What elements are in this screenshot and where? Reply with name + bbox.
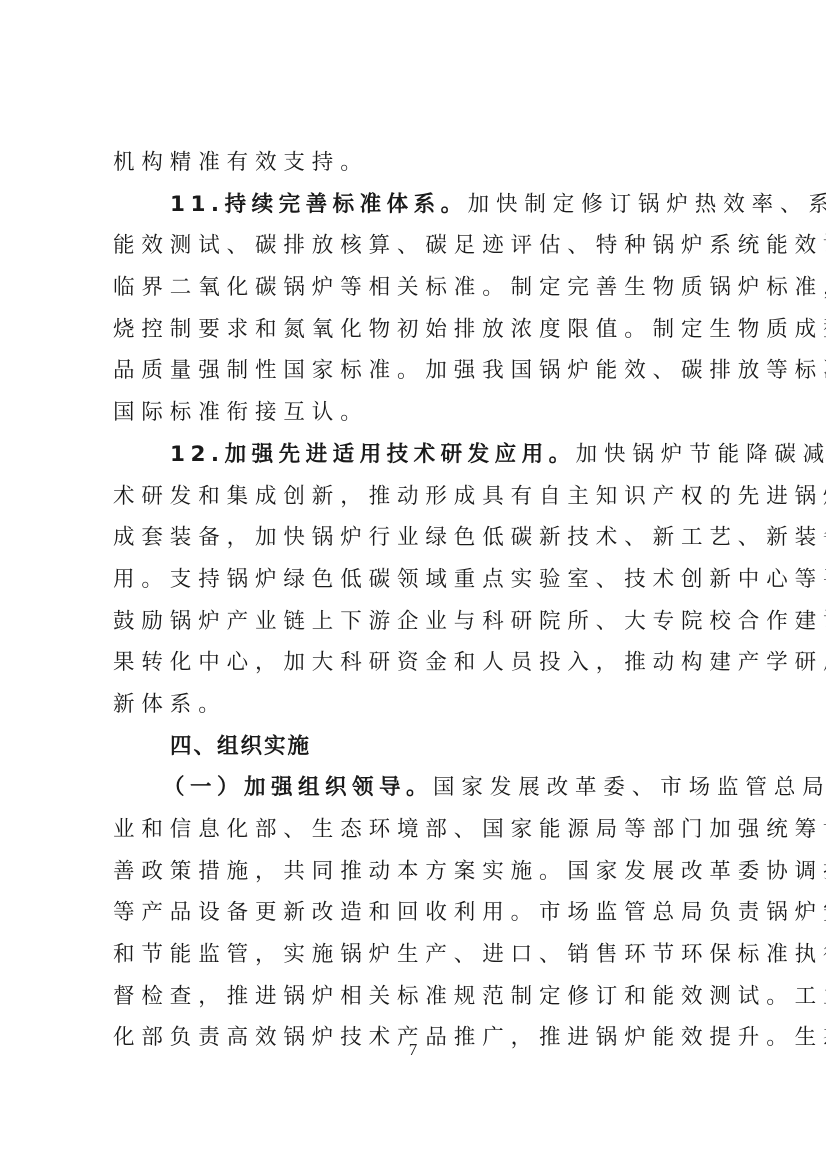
line-text: 等产品设备更新改造和回收利用。市场监管总局负责锅炉安全监察 <box>113 900 826 925</box>
paragraph-line: 11.持续完善标准体系。加快制定修订锅炉热效率、系统能效、 <box>113 184 713 226</box>
paragraph-line: 果转化中心，加大科研资金和人员投入，推动构建产学研用协同创 <box>113 642 713 684</box>
line-text: 业和信息化部、生态环境部、国家能源局等部门加强统筹协调，完 <box>113 817 826 842</box>
line-text: 临界二氧化碳锅炉等相关标准。制定完善生物质锅炉标准，明确燃 <box>113 275 826 300</box>
paragraph-line: 成套装备，加快锅炉行业绿色低碳新技术、新工艺、新装备推广应 <box>113 517 713 559</box>
line-text: 国际标准衔接互认。 <box>113 400 369 425</box>
line-text: 督检查，推进锅炉相关标准规范制定修订和能效测试。工业和信息 <box>113 984 826 1009</box>
line-text: 烧控制要求和氮氧化物初始排放浓度限值。制定生物质成型燃料产 <box>113 317 826 342</box>
line-text: 加快锅炉节能降碳减污关键技 <box>576 442 826 467</box>
paragraph-line: 烧控制要求和氮氧化物初始排放浓度限值。制定生物质成型燃料产 <box>113 309 713 351</box>
line-text: 新体系。 <box>113 692 227 717</box>
line-text: 鼓励锅炉产业链上下游企业与科研院所、大专院校合作建设科技成 <box>113 609 826 634</box>
paragraph-line: 术研发和集成创新，推动形成具有自主知识产权的先进锅炉技术和 <box>113 476 713 518</box>
paragraph-line: 新体系。 <box>113 684 713 726</box>
paragraph-line: 和节能监管，实施锅炉生产、进口、销售环节环保标准执行情况监 <box>113 934 713 976</box>
paragraph-line: 能效测试、碳排放核算、碳足迹评估、特种锅炉系统能效评价、超 <box>113 225 713 267</box>
section-heading-text: 四、组织实施 <box>170 734 311 759</box>
paragraph-line: 品质量强制性国家标准。加强我国锅炉能效、碳排放等标准与相关 <box>113 350 713 392</box>
line-text: 用。支持锅炉绿色低碳领域重点实验室、技术创新中心等平台建设， <box>113 567 826 592</box>
line-text: 术研发和集成创新，推动形成具有自主知识产权的先进锅炉技术和 <box>113 484 826 509</box>
line-text: 机构精准有效支持。 <box>113 150 369 175</box>
paragraph-line: 用。支持锅炉绿色低碳领域重点实验室、技术创新中心等平台建设， <box>113 559 713 601</box>
paragraph-line: （一）加强组织领导。国家发展改革委、市场监管总局会同工 <box>113 767 713 809</box>
paragraph-line: 临界二氧化碳锅炉等相关标准。制定完善生物质锅炉标准，明确燃 <box>113 267 713 309</box>
line-text: 加快制定修订锅炉热效率、系统能效、 <box>468 192 826 217</box>
section-lead-12: 12.加强先进适用技术研发应用。 <box>170 442 576 467</box>
paragraph-line: 12.加强先进适用技术研发应用。加快锅炉节能降碳减污关键技 <box>113 434 713 476</box>
line-text: 能效测试、碳排放核算、碳足迹评估、特种锅炉系统能效评价、超 <box>113 233 826 258</box>
section-lead-11: 11.持续完善标准体系。 <box>170 192 468 217</box>
paragraph-line: 业和信息化部、生态环境部、国家能源局等部门加强统筹协调，完 <box>113 809 713 851</box>
paragraph-line: 等产品设备更新改造和回收利用。市场监管总局负责锅炉安全监察 <box>113 892 713 934</box>
line-text: 品质量强制性国家标准。加强我国锅炉能效、碳排放等标准与相关 <box>113 358 826 383</box>
subsection-lead: （一）加强组织领导。 <box>163 775 433 800</box>
line-text: 善政策措施，共同推动本方案实施。国家发展改革委协调推进锅炉 <box>113 859 826 884</box>
line-text: 和节能监管，实施锅炉生产、进口、销售环节环保标准执行情况监 <box>113 942 826 967</box>
line-text: 果转化中心，加大科研资金和人员投入，推动构建产学研用协同创 <box>113 650 826 675</box>
document-body: 机构精准有效支持。 11.持续完善标准体系。加快制定修订锅炉热效率、系统能效、 … <box>113 142 713 1059</box>
paragraph-line: 督检查，推进锅炉相关标准规范制定修订和能效测试。工业和信息 <box>113 976 713 1018</box>
paragraph-line: 国际标准衔接互认。 <box>113 392 713 434</box>
line-text: 成套装备，加快锅炉行业绿色低碳新技术、新工艺、新装备推广应 <box>113 525 826 550</box>
paragraph-line: 善政策措施，共同推动本方案实施。国家发展改革委协调推进锅炉 <box>113 851 713 893</box>
paragraph-line: 机构精准有效支持。 <box>113 142 713 184</box>
section-heading: 四、组织实施 <box>113 726 713 768</box>
paragraph-line: 鼓励锅炉产业链上下游企业与科研院所、大专院校合作建设科技成 <box>113 601 713 643</box>
line-text: 国家发展改革委、市场监管总局会同工 <box>433 775 826 800</box>
page-number: 7 <box>0 1040 826 1060</box>
